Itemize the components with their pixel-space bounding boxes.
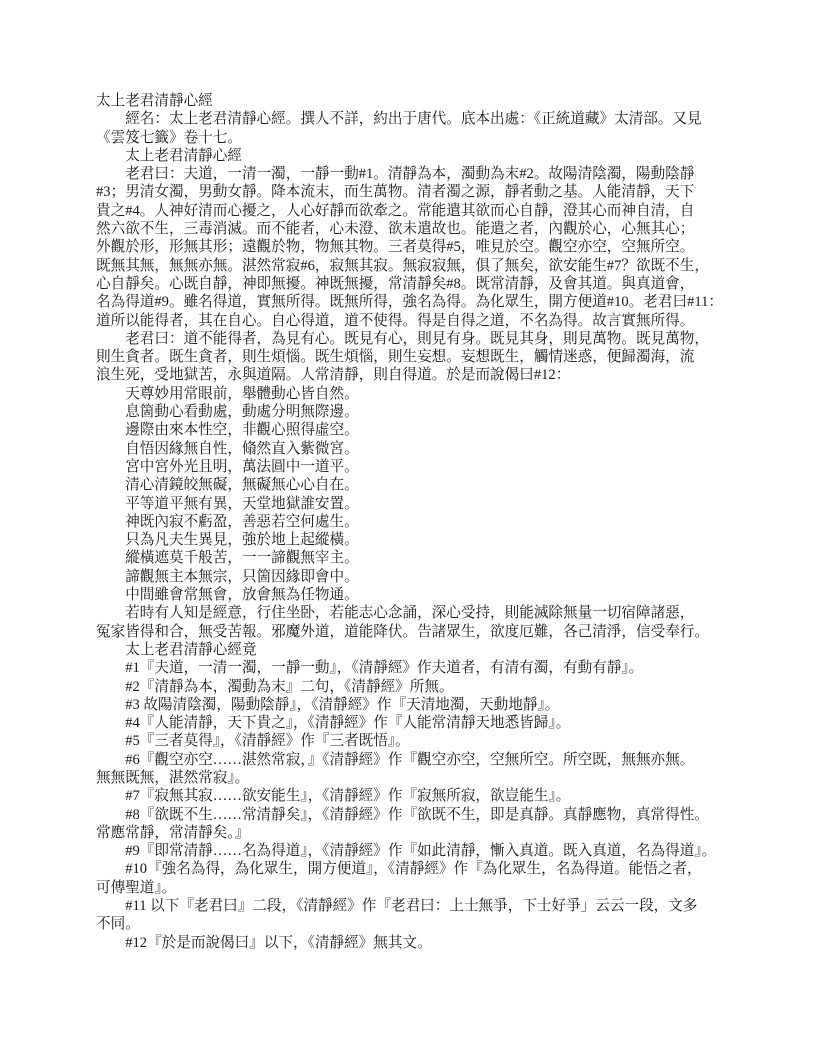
- verse-line: 中間雖會常無會，放會無為任物通。: [96, 586, 728, 604]
- text-line: 經名：太上老君清靜心經。撰人不詳，約出于唐代。底本出處：《正統道藏》太清部。又見: [96, 110, 728, 128]
- footnote-line: #6『觀空亦空……湛然常寂，』《清靜經》作『觀空亦空，空無所空。所空既，無無亦無…: [96, 751, 728, 769]
- text-line: 老君曰：夫道，一清一濁，一靜一動#1。清靜為本，濁動為末#2。故陽清陰濁，陽動陰…: [96, 165, 728, 183]
- text-line: 則生貪者。既生貪者，則生煩惱。既生煩惱，則生妄想。妄想既生，觸情迷惑，便歸濁海，…: [96, 348, 728, 366]
- footnote-line: 可傳聖道』。: [96, 879, 728, 897]
- verse-line: 天尊妙用常眼前，舉體動心皆自然。: [96, 385, 728, 403]
- footnote-line: 常應常靜，常清靜矣。』: [96, 824, 728, 842]
- verse-line: 平等道平無有異，天堂地獄誰安置。: [96, 495, 728, 513]
- footnote-line: 無無既無，湛然常寂』。: [96, 769, 728, 787]
- text-line: 名為得道#9。雖名得道，實無所得。既無所得，強名為得。為化眾生，開方便道#10。…: [96, 293, 728, 311]
- verse-line: 邊際由來本性空，非觀心照得虛空。: [96, 421, 728, 439]
- verse-line: 縱橫遮莫千般苦，一一諦觀無宰主。: [96, 549, 728, 567]
- text-line: 浪生死，受地獄苦，永與道隔。人常清靜，則自得道。於是而說偈曰#12：: [96, 366, 728, 384]
- text-line: 《雲笈七籤》卷十七。: [96, 129, 728, 147]
- footnote-line: #10『強名為得，為化眾生，開方便道』，《清靜經》作『為化眾生，名為得道。能悟之…: [96, 860, 728, 878]
- text-line: 若時有人知是經意，行住坐卧，若能志心念誦，深心受持，則能滅除無量一切宿障諸惡，: [96, 604, 728, 622]
- text-line: 道所以能得者，其在自心。自心得道，道不使得。得是自得之道，不名為得。故言實無所得…: [96, 312, 728, 330]
- footnote-line: #1『夫道，一清一濁，一靜一動』，《清靜經》作夫道者，有清有濁，有動有靜』。: [96, 659, 728, 677]
- text-line: 老君曰：道不能得者，為見有心。既見有心，則見有身。既見其身，則見萬物。既見萬物，: [96, 330, 728, 348]
- verse-line: 只為凡夫生異見，強於地上起縱橫。: [96, 531, 728, 549]
- footnote-line: #12『於是而說偈曰』以下，《清靜經》無其文。: [96, 934, 728, 952]
- footnote-line: #4『人能清靜，天下貴之』，《清靜經》作『人能常清靜天地悉皆歸』。: [96, 714, 728, 732]
- footnote-line: #7『寂無其寂……欲安能生』，《清靜經》作『寂無所寂，欲豈能生』。: [96, 787, 728, 805]
- footnote-line: #11 以下『老君曰』二段，《清靜經》作『老君曰：上士無爭，下士好爭」云云一段，…: [96, 897, 728, 915]
- verse-line: 諦觀無主本無宗，只箇因緣即會中。: [96, 568, 728, 586]
- text-line: 外觀於形，形無其形；遠觀於物，物無其物。三者莫得#5，唯見於空。觀空亦空，空無所…: [96, 238, 728, 256]
- footnote-line: #3 故陽清陰濁，陽動陰靜』，《清靜經》作『天清地濁，天動地靜』。: [96, 696, 728, 714]
- verse-line: 神既內寂不虧盈，善惡若空何處生。: [96, 513, 728, 531]
- footnote-line: #9『即常清靜……名為得道』，《清靜經》作『如此清靜，慚入真道。既入真道，名為得…: [96, 842, 728, 860]
- verse-line: 自悟因緣無自性，翛然直入紫微宮。: [96, 440, 728, 458]
- colophon-line: 太上老君清靜心經竟: [96, 641, 728, 659]
- text-line: 既無其無，無無亦無。湛然常寂#6，寂無其寂。無寂寂無，俱了無矣，欲安能生#7？欲…: [96, 257, 728, 275]
- text-line: 然六欲不生，三毒消滅。而不能者，心未澄、欲未遣故也。能遣之者，內觀於心，心無其心…: [96, 220, 728, 238]
- text-line: 心自靜矣。心既自靜，神即無擾。神既無擾，常清靜矣#8。既常清靜，及會其道。與真道…: [96, 275, 728, 293]
- verse-line: 清心清鏡皎無礙，無礙無心心自在。: [96, 476, 728, 494]
- footnote-line: #2『清靜為本，濁動為末』二句，《清靜經》所無。: [96, 678, 728, 696]
- section-title: 太上老君清靜心經: [96, 147, 728, 165]
- verse-line: 宮中宮外光且明，萬法圓中一道平。: [96, 458, 728, 476]
- page-title: 太上老君清靜心經: [96, 92, 728, 110]
- text-line: #3；男清女濁，男動女靜。降本流末，而生萬物。清者濁之源，靜者動之基。人能清靜，…: [96, 183, 728, 201]
- footnote-line: #8『欲既不生……常清靜矣』，《清靜經》作『欲既不生，即是真靜。真靜應物，真常得…: [96, 806, 728, 824]
- text-line: 貴之#4。人神好清而心擾之，人心好靜而欲牽之。常能遣其欲而心自靜，澄其心而神自清…: [96, 202, 728, 220]
- footnote-line: 不同。: [96, 915, 728, 933]
- document-page: 太上老君清靜心經 經名：太上老君清靜心經。撰人不詳，約出于唐代。底本出處：《正統…: [0, 0, 816, 1056]
- text-line: 冤家皆得和合，無受苦報。邪魔外道，道能降伏。告諸眾生，欲度厄難，各己清淨，信受奉…: [96, 623, 728, 641]
- verse-line: 息箇動心看動處，動處分明無際邊。: [96, 403, 728, 421]
- footnote-line: #5『三者莫得』，《清靜經》作『三者既悟』。: [96, 732, 728, 750]
